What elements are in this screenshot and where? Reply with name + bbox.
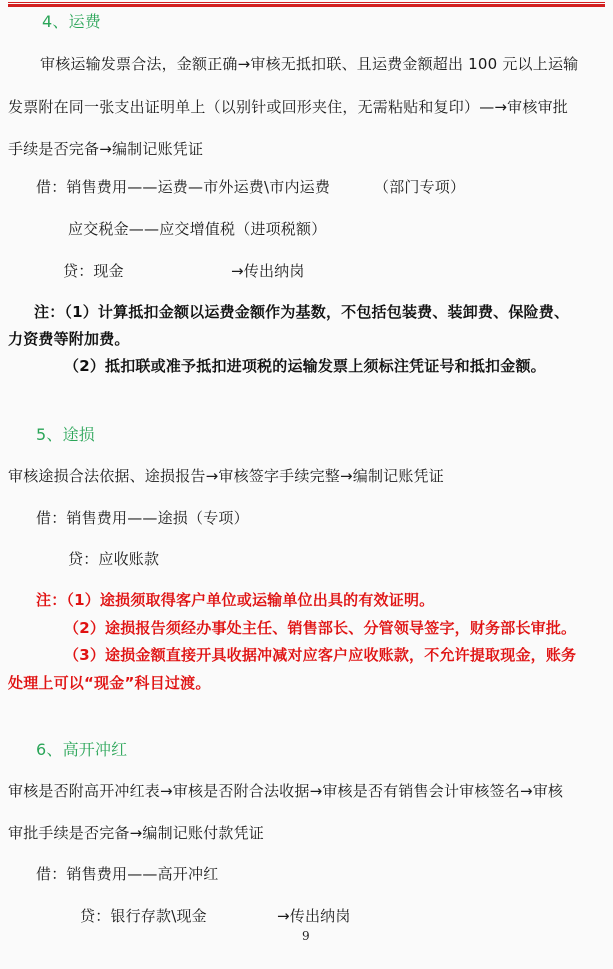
top-rule-thin xyxy=(8,2,605,3)
process-text: 发票附在同一张支出证明单上（以别针或回形夹住，无需粘贴和复印）—→审核审批 xyxy=(8,97,568,117)
credit-entry: 贷：现金 xyxy=(63,261,124,281)
warning-note: 注：（1）途损须取得客户单位或运输单位出具的有效证明。 xyxy=(36,590,434,610)
section-heading-transit-loss: 5、途损 xyxy=(36,425,95,445)
credit-entry: 贷：应收账款 xyxy=(68,549,159,569)
credit-entry-note: →传出纳岗 xyxy=(231,261,305,281)
debit-entry: 借：销售费用——运费—市外运费\市内运费 xyxy=(36,177,330,197)
section-heading-overbilling-reversal: 6、高开冲红 xyxy=(36,740,127,760)
credit-entry-note: →传出纳岗 xyxy=(277,906,351,926)
process-text: 审批手续是否完备→编制记账付款凭证 xyxy=(8,823,264,843)
note-text: （2）抵扣联或准予抵扣进项税的运输发票上须标注凭证号和抵扣金额。 xyxy=(64,356,546,376)
warning-note: （2）途损报告须经办事处主任、销售部长、分管领导签字，财务部长审批。 xyxy=(64,618,576,638)
debit-entry: 借：销售费用——高开冲红 xyxy=(36,864,218,884)
debit-entry: 借：销售费用——途损（专项） xyxy=(36,508,249,528)
credit-entry: 贷：银行存款\现金 xyxy=(80,906,207,926)
process-text: 手续是否完备→编制记账凭证 xyxy=(8,139,203,159)
warning-note: 处理上可以“现金”科目过渡。 xyxy=(8,673,211,693)
section-heading-freight: 4、运费 xyxy=(42,12,101,32)
debit-entry-note: （部门专项） xyxy=(374,177,465,197)
top-rule-thick xyxy=(8,4,605,7)
note-text: 力资费等附加费。 xyxy=(8,329,130,349)
debit-entry: 应交税金——应交增值税（进项税额） xyxy=(68,219,326,239)
process-text: 审核途损合法依据、途损报告→审核签字手续完整→编制记账凭证 xyxy=(8,466,444,486)
process-text: 审核是否附高开冲红表→审核是否附合法收据→审核是否有销售会计审核签名→审核 xyxy=(8,781,563,801)
page-number: 9 xyxy=(302,929,310,943)
warning-note: （3）途损金额直接开具收据冲减对应客户应收账款，不允许提取现金，账务 xyxy=(64,645,576,665)
process-text: 审核运输发票合法，金额正确→审核无抵扣联、且运费金额超出 100 元以上运输 xyxy=(40,54,578,74)
note-text: 注：（1）计算抵扣金额以运费金额作为基数，不包括包装费、装卸费、保险费、 xyxy=(34,302,569,322)
